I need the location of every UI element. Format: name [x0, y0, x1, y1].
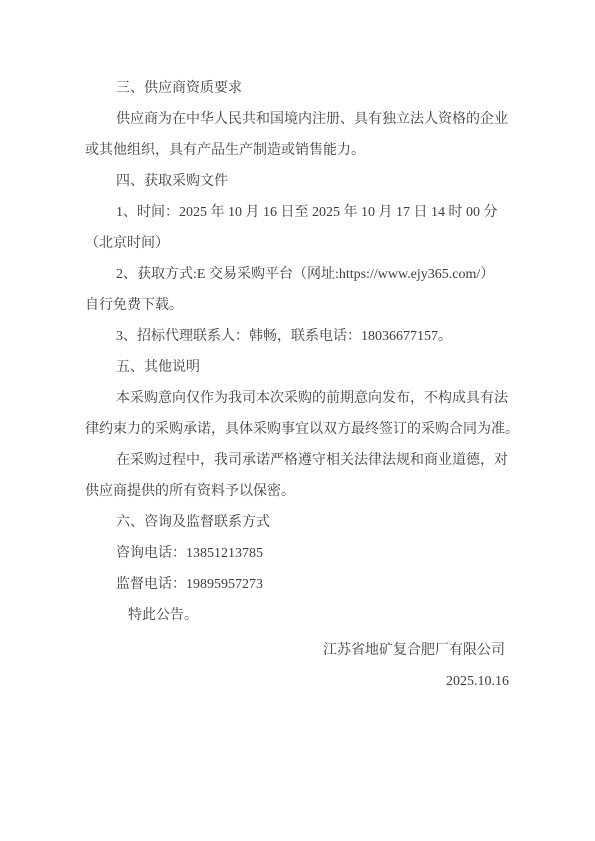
- signature-date: 2025.10.16: [85, 666, 510, 697]
- section-heading-obtain-documents: 四、获取采购文件: [85, 166, 510, 197]
- paragraph-agent-contact: 3、招标代理联系人：韩畅，联系电话：18036677157。: [85, 321, 510, 352]
- paragraph-supervision-phone: 监督电话：19895957273: [85, 569, 510, 600]
- paragraph-obtain-method-url: 2、获取方式:E 交易采购平台（网址:https://www.ejy365.co…: [85, 259, 510, 321]
- section-heading-contact-supervision: 六、咨询及监督联系方式: [85, 507, 510, 538]
- closing-announcement: 特此公告。: [85, 600, 510, 631]
- paragraph-confidentiality: 在采购过程中，我司承诺严格遵守相关法律法规和商业道德，对 供应商提供的所有资料予…: [85, 445, 510, 507]
- section-heading-other-notes: 五、其他说明: [85, 352, 510, 383]
- paragraph-inquiry-phone: 咨询电话：13851213785: [85, 538, 510, 569]
- signature-company-name: 江苏省地矿复合肥厂有限公司: [85, 635, 510, 666]
- section-heading-supplier-qualification: 三、供应商资质要求: [85, 73, 510, 104]
- paragraph-obtain-time: 1、时间：2025 年 10 月 16 日至 2025 年 10 月 17 日 …: [85, 197, 510, 259]
- document-page: 三、供应商资质要求 供应商为在中华人民共和国境内注册、具有独立法人资格的企业 或…: [0, 0, 595, 841]
- paragraph-intent-disclaimer: 本采购意向仅作为我司本次采购的前期意向发布，不构成具有法 律约束力的采购承诺，具…: [85, 383, 510, 445]
- paragraph-supplier-qualification: 供应商为在中华人民共和国境内注册、具有独立法人资格的企业 或其他组织，具有产品生…: [85, 104, 510, 166]
